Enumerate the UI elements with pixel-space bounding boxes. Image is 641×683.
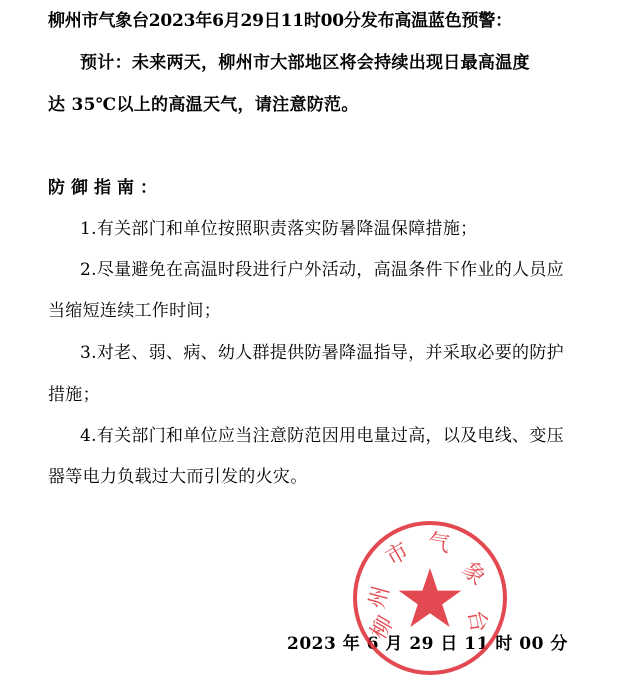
- document-title: 柳州市气象台2023年6月29日11时00分发布高温蓝色预警：: [48, 10, 512, 32]
- guide-item-3-line-1: 3.对老、弱、病、幼人群提供防暑降温指导，并采取必要的防护: [80, 342, 564, 364]
- warning-document: 柳州市气象台2023年6月29日11时00分发布高温蓝色预警： 预计：未来两天，…: [0, 0, 641, 683]
- guide-item-4-line-2: 器等电力负载过大而引发的火灾。: [48, 466, 308, 488]
- forecast-text-line-2: 达 35℃以上的高温天气，请注意防范。: [48, 94, 359, 116]
- forecast-text-line-1: 预计：未来两天，柳州市大部地区将会持续出现日最高温度: [80, 52, 530, 74]
- stamp-char-xiang: 象: [457, 557, 490, 590]
- official-seal-stamp: 柳 州 市 气 象 台: [350, 518, 510, 678]
- guide-item-4-line-1: 4.有关部门和单位应当注意防范因用电量过高，以及电线、变压: [80, 425, 564, 447]
- stamp-char-qi: 气: [426, 529, 452, 557]
- stamp-char-liu: 柳: [366, 612, 399, 644]
- guide-item-2-line-1: 2.尽量避免在高温时段进行户外活动，高温条件下作业的人员应: [80, 259, 564, 281]
- guide-item-2-line-2: 当缩短连续工作时间；: [48, 300, 221, 322]
- star-icon: [399, 568, 462, 627]
- stamp-char-zhou: 州: [365, 584, 395, 612]
- stamp-char-shi: 市: [382, 538, 414, 571]
- guide-heading: 防御指南：: [48, 177, 163, 199]
- stamp-char-tai: 台: [462, 608, 490, 634]
- guide-item-1: 1.有关部门和单位按照职责落实防暑降温保障措施；: [80, 218, 477, 240]
- guide-item-3-line-2: 措施；: [48, 384, 100, 406]
